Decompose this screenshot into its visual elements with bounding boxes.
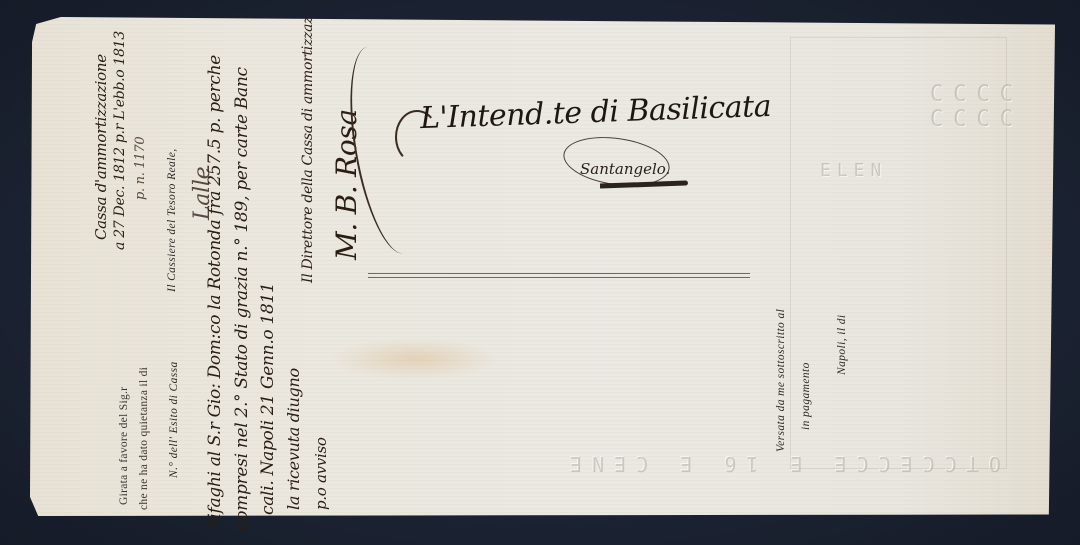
label-versata: Versata da me sottoscritto al [775,272,787,452]
handwriting-order-line-2: compresi nel 2.° Stato di grazia n.° 189… [232,30,252,530]
document-paper [30,17,1055,517]
label-pagamento: in pagamento [800,330,812,430]
santangelo-signature: Santangelo. [580,160,670,178]
handwriting-order-line-1: Sifaghi al S.r Gio: Dom:co la Rotonda fr… [205,30,225,530]
paper-stain [330,338,500,380]
handwriting-direttore: Il Direttore della Cassa di ammortizzaz. [300,28,316,283]
handwriting-avviso: p.o avviso [312,420,330,510]
handwriting-order-date: cali. Napoli 21 Genn.o 1811 [258,240,278,515]
double-rule-divider [368,273,750,278]
label-napoli-date: Napoli, il di [836,290,848,375]
handwriting-ricevuta: la ricevuta diugno [284,360,303,510]
embossed-top-text: CCCC CCCC [930,82,1080,132]
label-quietanza: che ne ha dato quietanza il di [138,300,150,510]
handwriting-cassa-ammortizzazione: Cassa d'ammortizzazione [92,30,110,240]
label-esito-cassa: N.° dell' Esito di Cassa [168,318,180,478]
label-cassiere: Il Cassiere del Tesoro Reale, [166,92,178,292]
handwriting-number: p. n. 1170 [133,120,148,200]
embossed-bottom-text: OTCCECCE E 16 E CENE [560,452,1001,476]
label-girata: Girata a favore del Sig.r [118,305,130,505]
handwriting-date-1812: a 27 Dec. 1812 p.r L'ebb.o 1813 [112,40,128,250]
embossed-middle-text: ELEN [820,160,887,181]
